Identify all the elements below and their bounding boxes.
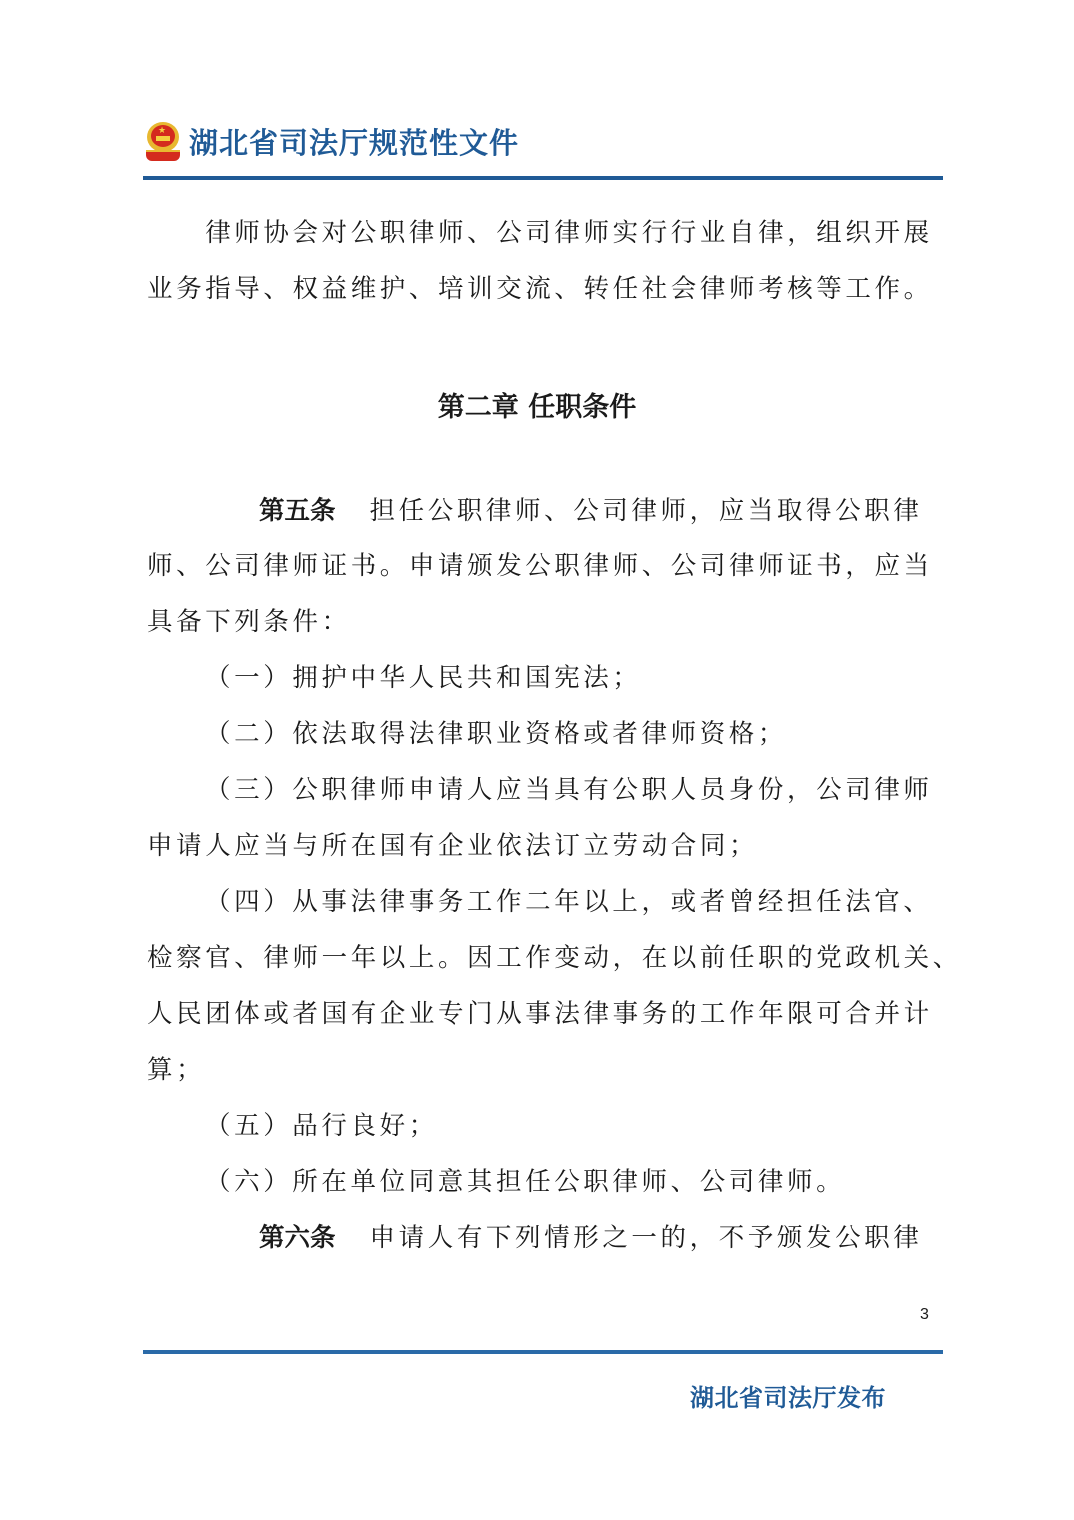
footer-divider — [143, 1350, 943, 1354]
condition-item: （一）拥护中华人民共和国宪法； — [205, 658, 642, 694]
article-label: 第六条 — [259, 1223, 336, 1253]
chapter-title: 第二章 任职条件 — [0, 385, 1074, 424]
condition-item: 人民团体或者国有企业专门从事法律事务的工作年限可合并计 — [147, 994, 933, 1030]
footer-publisher: 湖北省司法厅发布 — [690, 1378, 886, 1413]
condition-item: （四）从事法律事务工作二年以上，或者曾经担任法官、 — [205, 882, 933, 918]
condition-item: 算； — [147, 1050, 205, 1086]
article-text: 具备下列条件： — [147, 602, 351, 638]
condition-item: 检察官、律师一年以上。因工作变动，在以前任职的党政机关、 — [147, 938, 962, 974]
article-text: 申请人有下列情形之一的，不予颁发公职律 — [370, 1223, 923, 1253]
article-text: 师、公司律师证书。申请颁发公职律师、公司律师证书，应当 — [147, 546, 933, 582]
header-divider — [143, 176, 943, 180]
intro-line: 律师协会对公职律师、公司律师实行行业自律，组织开展 — [147, 213, 933, 249]
intro-line: 业务指导、权益维护、培训交流、转任社会律师考核等工作。 — [147, 269, 933, 305]
condition-item: （六）所在单位同意其担任公职律师、公司律师。 — [205, 1162, 845, 1198]
header-title: 湖北省司法厅规范性文件 — [189, 121, 519, 162]
article-text: 担任公职律师、公司律师，应当取得公职律 — [370, 496, 923, 526]
condition-item: （二）依法取得法律职业资格或者律师资格； — [205, 714, 787, 750]
condition-item: （五）品行良好； — [205, 1106, 438, 1142]
national-emblem-icon: ★ — [145, 120, 183, 162]
article-label: 第五条 — [259, 496, 336, 526]
condition-item: （三）公职律师申请人应当具有公职人员身份，公司律师 — [205, 770, 933, 806]
condition-item: 申请人应当与所在国有企业依法订立劳动合同； — [147, 826, 758, 862]
page-number: 3 — [920, 1306, 929, 1324]
document-header: ★ 湖北省司法厅规范性文件 — [145, 120, 519, 162]
